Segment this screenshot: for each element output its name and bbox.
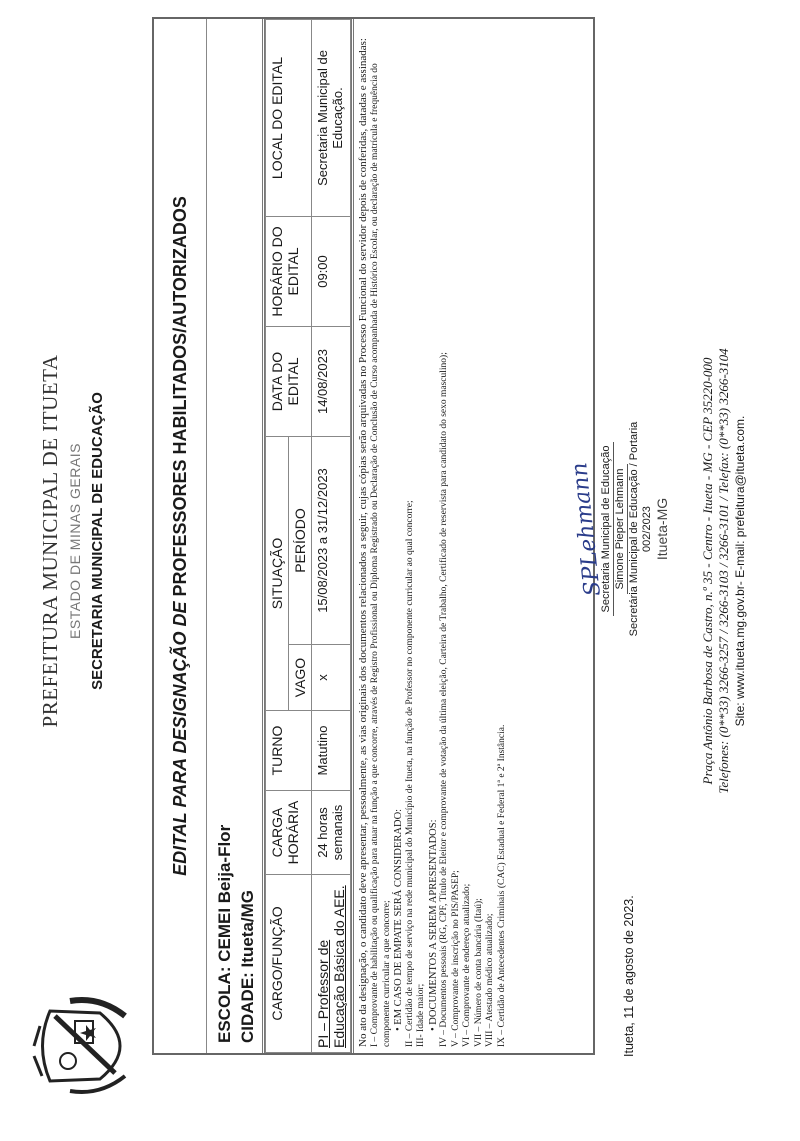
sig-portaria: Secretária Municipal de Educação / Porta… [628,409,654,649]
edital-title: EDITAL PARA DESIGNAÇÃO DE PROFESSORES HA… [154,19,207,1053]
header-carga: CARGA HORÁRIA [266,791,312,875]
header-data: DATA DO EDITAL [266,326,312,436]
table-row: PI – Professor de Educação Básica do AEE… [312,20,351,1053]
edital-frame: EDITAL PARA DESIGNAÇÃO DE PROFESSORES HA… [152,17,595,1055]
sig-name: Simone Pieper Lehmann [614,464,628,593]
prefeitura-name: PREFEITURA MUNICIPAL DE ITUETA [38,331,63,751]
school-info: ESCOLA: CEMEI Beija-Flor CIDADE: Itueta/… [207,19,265,1053]
header-horario: HORÁRIO DO EDITAL [266,216,312,326]
footer-site: Site: www.itueta.mg.gov.br- E-mail: pref… [732,231,748,911]
requirements-notes: No ato da designação, o candidato deve a… [351,19,511,1053]
note-item-v: V – Comprovante de inscrição no PIS/PASE… [451,25,463,1047]
note-bullet-empate: EM CASO DE EMPATE SERÁ CONSIDERADO: [393,25,405,1047]
cell-data: 14/08/2023 [312,326,351,436]
footer-phones: Telefones: (0**33) 3266-3257 / 3266-3103… [716,231,732,911]
vacancy-table: CARGO/FUNÇÃO CARGA HORÁRIA TURNO SITUAÇÃ… [265,19,351,1053]
note-item-iii: III- Idade maior; [416,25,428,1047]
header-local: LOCAL DO EDITAL [266,20,312,217]
city-name: CIDADE: Itueta/MG [236,29,259,1043]
state-name: ESTADO DE MINAS GERAIS [67,331,83,751]
header-situacao: SITUAÇÃO [266,436,289,710]
note-bullet-docs: DOCUMENTOS A SEREM APRESENTADOS: [428,25,440,1047]
header-vago: VAGO [289,645,312,711]
footer-address: Praça Antônio Barbosa de Castro, n.º 35 … [700,231,716,911]
signature-block: SPLehmann Secretaria Municipal de Educaç… [580,409,669,649]
header-turno: TURNO [266,711,312,791]
coat-of-arms-icon [30,991,145,1101]
note-item-ii: II – Certidão de tempo de serviço na red… [405,25,417,1047]
title-italic: EDITAL PARA DESIGNAÇÃO DE [170,602,190,876]
issue-date: Itueta, 11 de agosto de 2023. [622,895,636,1057]
cell-local: Secretaria Municipal de Educação. [312,20,351,217]
header-cargo: CARGO/FUNÇÃO [266,875,312,1053]
note-item-iv: IV – Documentos pessoais (RG, CPF, Títul… [439,25,451,1047]
note-item-ix: IX – Certidão de Antecedentes Criminais … [497,25,509,1047]
cell-horario: 09:00 [312,216,351,326]
page-footer: Praça Antônio Barbosa de Castro, n.º 35 … [700,231,748,911]
cell-turno: Matutino [312,711,351,791]
cell-carga: 24 horas semanais [312,791,351,875]
cell-periodo: 15/08/2023 a 31/12/2023 [312,436,351,644]
document-page: PREFEITURA MUNICIPAL DE ITUETA ESTADO DE… [0,0,800,1141]
note-item-vii: VII – Número de conta bancária (Itaú); [474,25,486,1047]
note-item-vi: VI – Comprovante de endereço atualizado; [462,25,474,1047]
title-rest: PROFESSORES HABILITADOS/AUTORIZADOS [170,196,190,596]
sig-place: Itueta-MG [656,409,669,649]
notes-lead: No ato da designação, o candidato deve a… [357,25,370,1047]
secretaria-name: SECRETARIA MUNICIPAL DE EDUCAÇÃO [89,331,106,751]
header-periodo: PERÍODO [289,436,312,644]
cell-vago: x [312,645,351,711]
cell-cargo: PI – Professor de Educação Básica do AEE… [312,875,351,1053]
note-item-viii: VIII – Atestado médico atualizado; [485,25,497,1047]
school-name: ESCOLA: CEMEI Beija-Flor [213,29,236,1043]
letterhead: PREFEITURA MUNICIPAL DE ITUETA ESTADO DE… [38,331,106,751]
note-item-i: I – Comprovante de habilitação ou qualif… [370,25,393,1047]
